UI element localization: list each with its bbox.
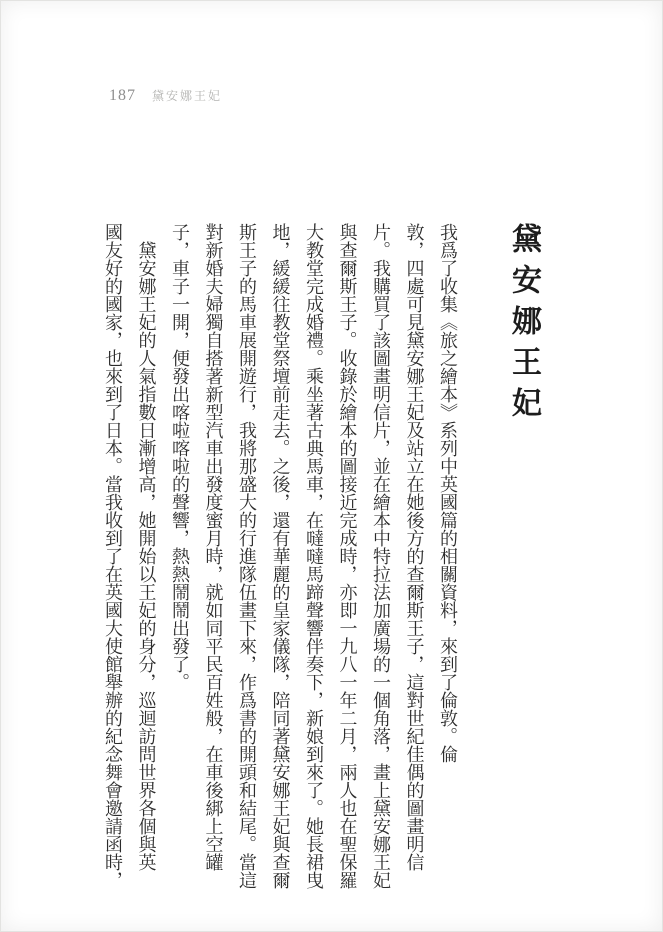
running-head: 187 黛安娜王妃 bbox=[109, 87, 222, 105]
text-column-7: 斯王子的馬車展開遊行，我將那盛大的行進隊伍畫下來，作爲書的開頭和結尾。當這 bbox=[238, 223, 256, 889]
text-column-10: 黛安娜王妃的人氣指數日漸增高，她開始以王妃的身分，巡迴訪問世界各個與英 bbox=[138, 223, 156, 871]
text-column-5: 大教堂完成婚禮。乘坐著古典馬車，在噠噠馬蹄聲響伴奏下，新娘到來了。她長裙曳 bbox=[305, 223, 323, 889]
body-text-block: 我爲了收集《旅之繪本》系列中英國篇的相關資料，來到了倫敦。倫 敦，四處可見黛安娜… bbox=[104, 223, 457, 895]
text-column-4: 與查爾斯王子。收錄於繪本的圖接近完成時，亦即一九八一年二月，兩人也在聖保羅 bbox=[339, 223, 357, 889]
running-head-title: 黛安娜王妃 bbox=[152, 87, 222, 104]
chapter-title: 黛安娜王妃 bbox=[506, 223, 540, 428]
text-column-9: 子，車子一開，便發出喀啦喀啦的聲響，熱熱鬧鬧出發了。 bbox=[171, 223, 189, 691]
text-column-6: 地，緩緩往教堂祭壇前走去。之後，還有華麗的皇家儀隊，陪同著黛安娜王妃與查爾 bbox=[272, 223, 290, 889]
text-column-1: 我爲了收集《旅之繪本》系列中英國篇的相關資料，來到了倫敦。倫 bbox=[439, 223, 457, 763]
text-column-2: 敦，四處可見黛安娜王妃及站立在她後方的查爾斯王子，這對世紀佳偶的圖畫明信 bbox=[406, 223, 424, 871]
text-column-3: 片。我購買了該圖畫明信片，並在繪本中特拉法加廣場的一個角落，畫上黛安娜王妃 bbox=[372, 223, 390, 889]
page-number: 187 bbox=[109, 87, 136, 105]
text-column-8: 對新婚夫婦獨自搭著新型汽車出發度蜜月時，就如同平民百姓般，在車後綁上空罐 bbox=[205, 223, 223, 871]
text-column-11: 國友好的國家，也來到了日本。當我收到了在英國大使館舉辦的紀念舞會邀請函時， bbox=[104, 223, 122, 889]
book-page: 187 黛安娜王妃 黛安娜王妃 我爲了收集《旅之繪本》系列中英國篇的相關資料，來… bbox=[0, 0, 663, 932]
